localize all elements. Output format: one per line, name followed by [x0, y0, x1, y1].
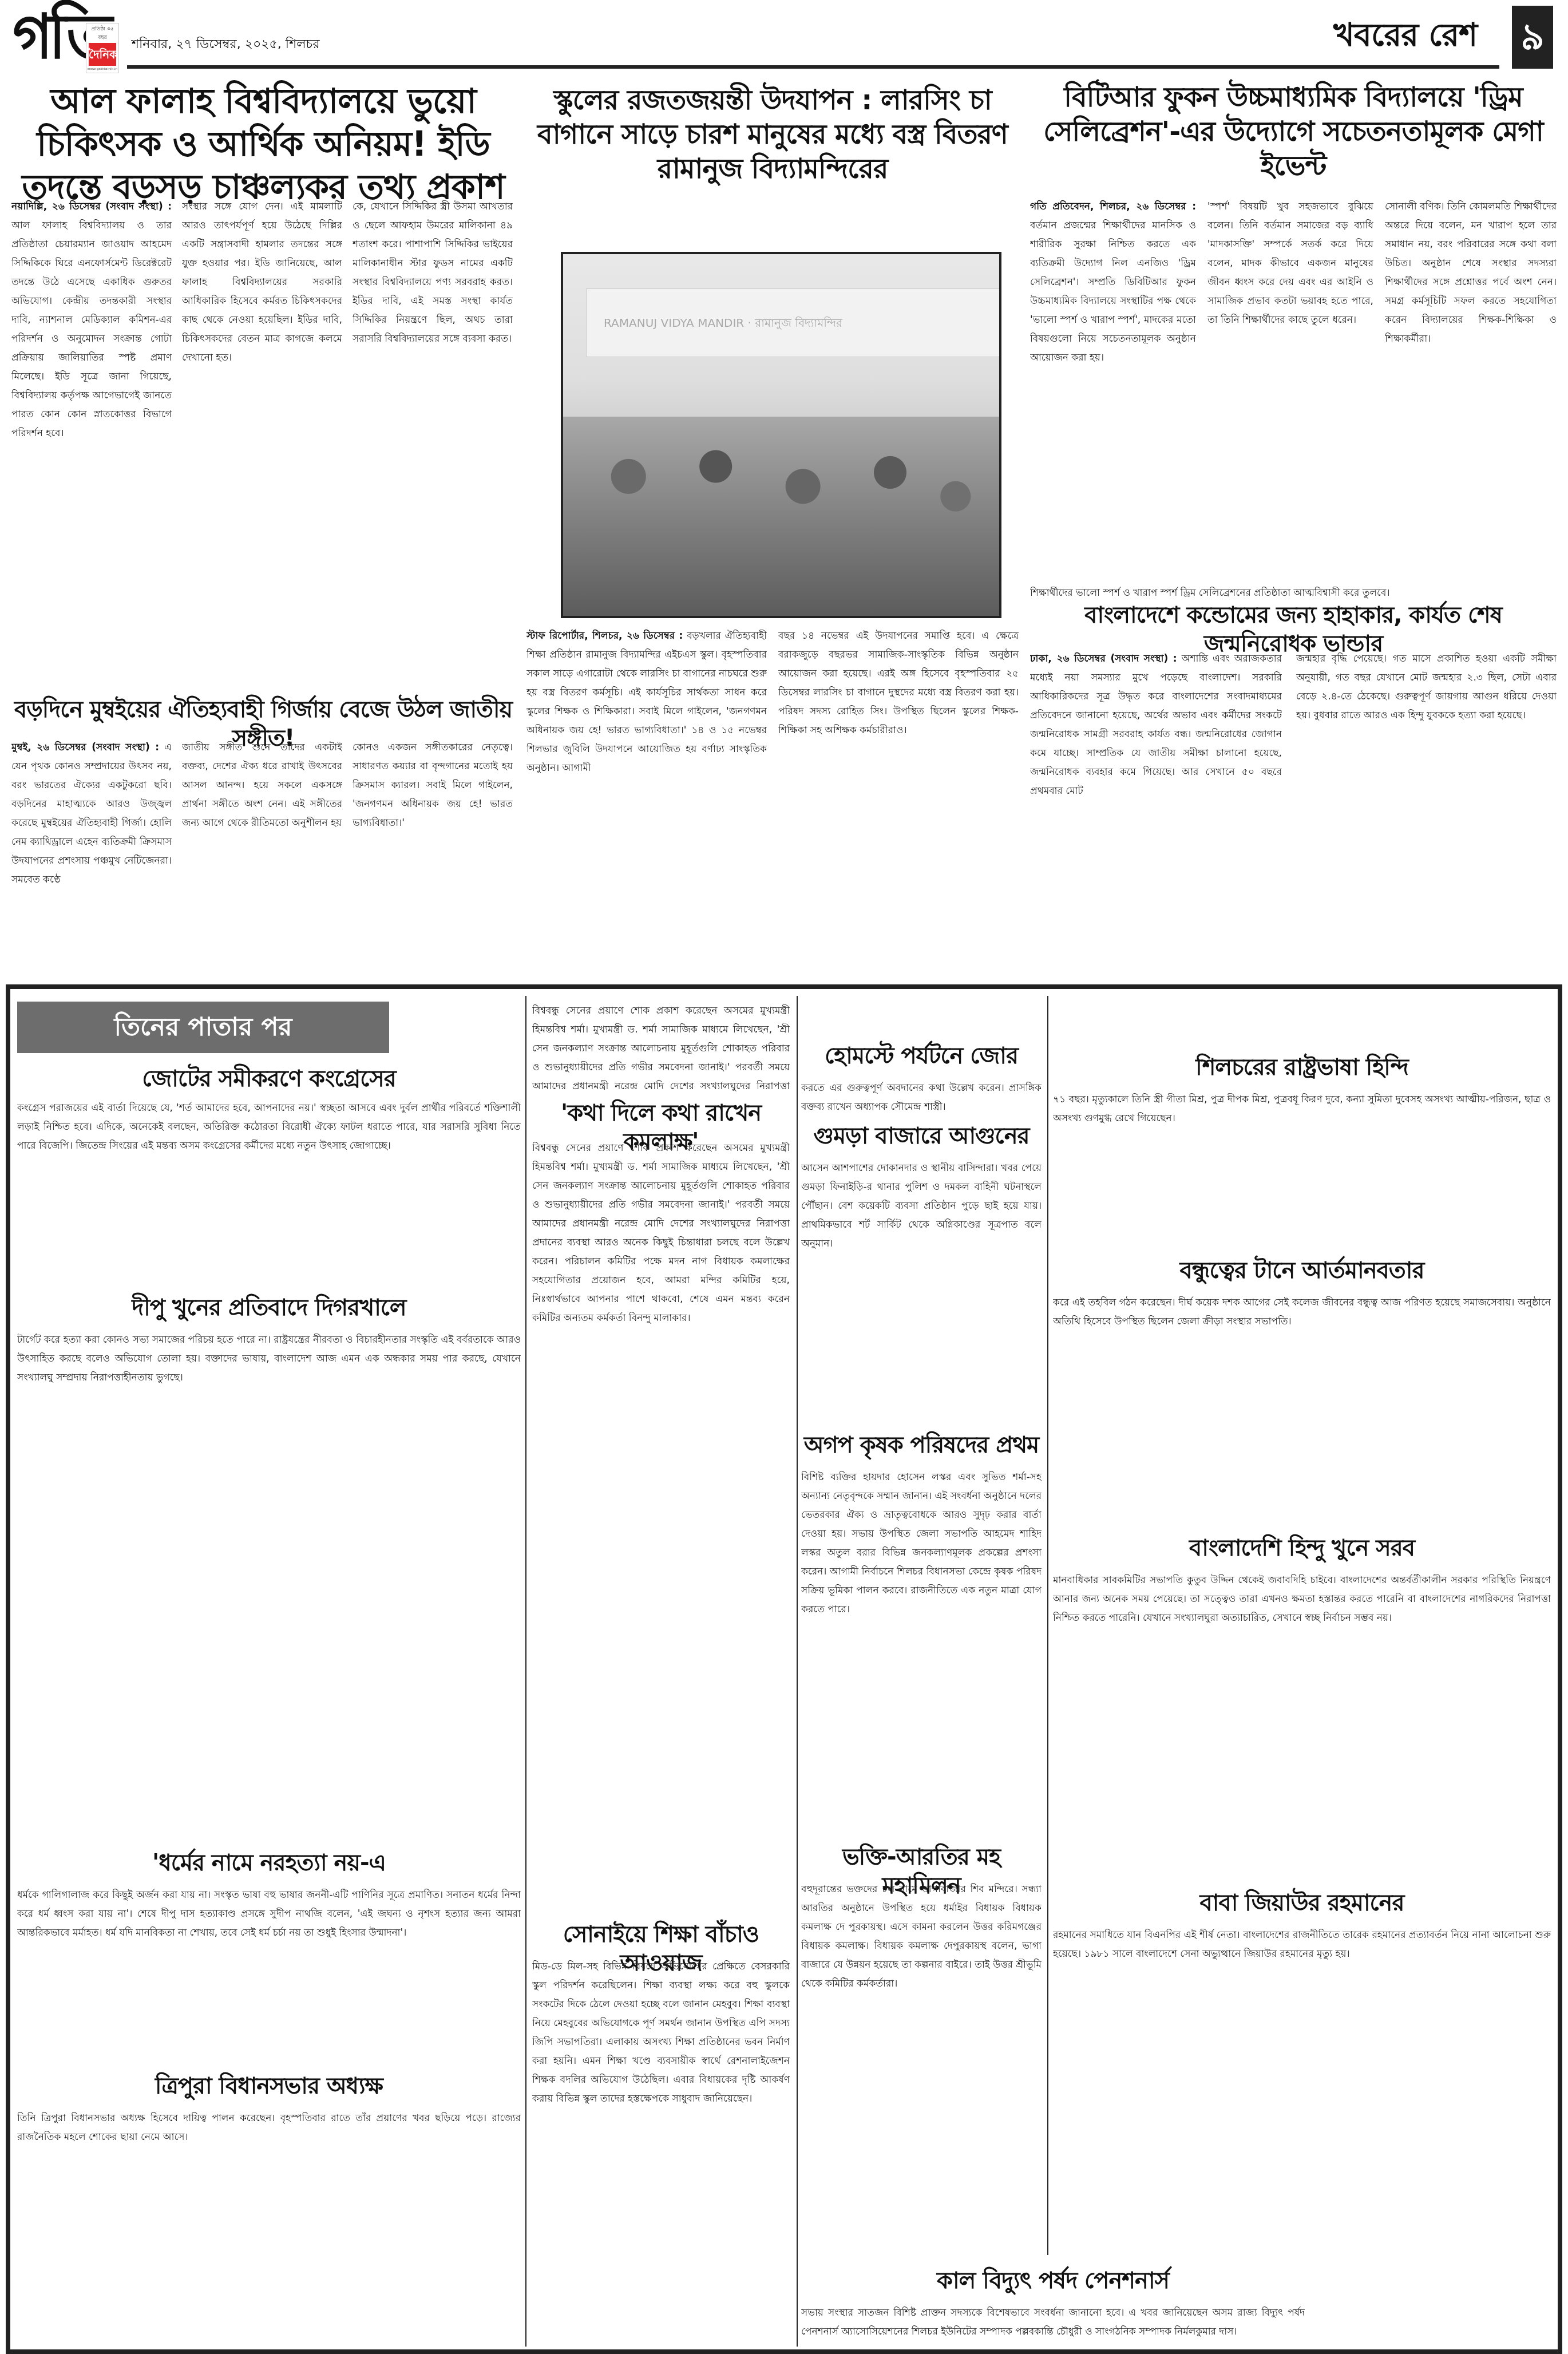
story-body-friendship-fund: করে এই তহবিল গঠন করেছেন। দীর্ঘ কয়েক দশক… [1053, 1293, 1551, 1522]
story-body-zia-rahman: রহমানের সমাধিতে যান বিএনপির এই শীর্ষ নেত… [1053, 1926, 1551, 2258]
masthead-divider [127, 65, 1499, 69]
story-body-condom-col1: ঢাকা, ২৬ ডিসেম্বর (সংবাদ সংস্থা) : অশান্… [1030, 650, 1282, 924]
dateline: শনিবার, ২৭ ডিসেম্বর, ২০২৫, শিলচর [132, 34, 320, 56]
story-headline-friendship-fund: বন্ধুত্বের টানে আর্তমানবতার [1053, 1256, 1551, 1285]
story-body-gumra-fire: আসেন আশপাশের দোকানদার ও স্থানীয় বাসিন্দ… [801, 1159, 1042, 1422]
story-body-congress-alliance: কংগ্রেস পরাজয়ের এই বার্তা দিয়েছে যে, '… [17, 1099, 521, 1288]
story-closing-dream: শিক্ষার্থীদের ভালো স্পর্শ ও খারাপ স্পর্শ… [1030, 584, 1557, 603]
story-headline-al-falah: আল ফালাহ বিশ্ববিদ্যালয়ে ভুয়ো চিকিৎসক ও… [11, 80, 515, 209]
story-body-bishwabandhu-top: বিশ্ববন্ধু সেনের প্রয়াণে শোক প্রকাশ করে… [532, 1002, 790, 1099]
story-body-dream-col3: সোনালী বণিক। তিনি কোমলমতি শিক্ষার্থীদের … [1385, 197, 1557, 587]
dainik-badge: প্রতিষ্ঠা ৩৫ বছর দৈনিক www.gatidainik.in [86, 23, 119, 73]
story-body-dream-col2: 'স্পর্শ' বিষয়টি খুব সহজভাবে বুঝিয়ে বলে… [1207, 197, 1373, 587]
story-body-mumbai-col3: কোনও একজন সঙ্গীতকারের নেতৃত্বে। সাধারণত … [353, 738, 513, 927]
story-headline-dipu-protest: দীপু খুনের প্রতিবাদে দিগরখালে [17, 1293, 521, 1322]
story-body-kamalaksha: বিশ্ববন্ধু সেনের প্রয়াণে শোক প্রকাশ করে… [532, 1139, 790, 1906]
byline: গতি প্রতিবেদন, শিলচর, ২৬ ডিসেম্বর : [1030, 201, 1196, 212]
story-body-silchar-hindi: ৭১ বছর। মৃত্যুকালে তিনি স্ত্রী গীতা মিশ্… [1053, 1090, 1551, 1256]
story-body-electricity-pensioners: সভায় সংস্থার সাতজন বিশিষ্ট প্রাক্তন সদস… [801, 2304, 1305, 2341]
photo-crowd [563, 417, 999, 616]
continued-section-label: তিনের পাতার পর [17, 1002, 389, 1053]
photo-banner: RAMANUJ VIDYA MANDIR · রামানুজ বিদ্যামন্… [586, 288, 1001, 357]
badge-tagline: প্রতিষ্ঠা ৩৫ বছর [86, 23, 118, 42]
story-body-rajat-col2: বছর ১৪ নভেম্বর এই উদযাপনের সমাপ্তি হবে। … [778, 627, 1019, 930]
story-body-bhakti-arati: বহুদূরান্তের ভক্তদের ঢল নামে ভাগাবাজার শ… [801, 1880, 1042, 2258]
story-body-homestay: করতে এর গুরুত্বপূর্ণ অবদানের কথা উল্লেখ … [801, 1079, 1042, 1119]
section-title: খবরের রেশ [1333, 10, 1477, 64]
byline: মুম্বই, ২৬ ডিসেম্বর (সংবাদ সংস্থা) : [11, 742, 159, 753]
story-body-agp-krishak: বিশিষ্ট ব্যক্তির হায়দার হোসেন লস্কর এবং… [801, 1468, 1042, 1834]
story-headline-electricity-pensioners: কাল বিদ্যুৎ পর্ষদ পেনশনার্স [801, 2266, 1305, 2295]
byline: স্টাফ রিপোর্টার, শিলচর, ২৬ ডিসেম্বর : [526, 630, 683, 642]
story-body-condom-col2: জন্মহার বৃদ্ধি পেয়েছে। গত মাসে প্রকাশিত… [1296, 650, 1557, 924]
story-body-al-falah-col1: নয়াদিল্লি, ২৬ ডিসেম্বর (সংবাদ সংস্থা) :… [11, 197, 172, 701]
story-headline-religion-killing: 'ধর্মের নামে নরহত্যা নয়-এ [17, 1849, 521, 1877]
news-photo: RAMANUJ VIDYA MANDIR · রামানুজ বিদ্যামন্… [561, 252, 1001, 618]
newspaper-logo: গতি [13, 6, 81, 74]
story-body-bangladeshi-hindu: মানবাধিকার সাবকমিটির সভাপতি কুতুব উদ্দিন… [1053, 1571, 1551, 1880]
page-number: ৯ [1512, 6, 1553, 69]
byline: ঢাকা, ২৬ ডিসেম্বর (সংবাদ সংস্থা) : [1030, 653, 1177, 664]
story-body-mumbai-col2: জাতীয় সঙ্গীত শুনে তাঁদের একটাই বক্তব্য,… [182, 738, 342, 927]
story-body-religion-killing: ধর্মকে গালিগালাজ করে কিছুই অর্জন করা যায… [17, 1886, 521, 2058]
story-body-al-falah-col2: সংস্থার সঙ্গে যোগ দেন। এই মামলাটি আরও তা… [182, 197, 342, 701]
story-body-sonai-education: মিড-ডে মিল-সহ বিভিন্ন বিষয়ে অভিযোগের প্… [532, 1957, 790, 2341]
column-divider [525, 996, 526, 2347]
badge-website: www.gatidainik.in [86, 67, 118, 72]
story-body-rajat-col1: স্টাফ রিপোর্টার, শিলচর, ২৬ ডিসেম্বর : বড… [526, 627, 767, 930]
story-headline-silchar-hindi: শিলচরের রাষ্ট্রভাষা হিন্দি [1053, 1053, 1551, 1082]
story-body-tripura-speaker: তিনি ত্রিপুরা বিধানসভার অধ্যক্ষ হিসেবে দ… [17, 2109, 521, 2338]
story-body-dipu-protest: টার্গেট করে হত্যা করা কোনও সভ্য সমাজের প… [17, 1331, 521, 1834]
story-headline-tripura-speaker: ত্রিপুরা বিধানসভার অধ্যক্ষ [17, 2072, 521, 2100]
story-headline-gumra-fire: গুমড়া বাজারে আগুনের [801, 1122, 1042, 1150]
story-headline-congress-alliance: জোটের সমীকরণে কংগ্রেসের [17, 1065, 521, 1093]
story-body-al-falah-col3: কে, যেখানে সিদ্দিকির স্ত্রী উসমা আখতার ও… [353, 197, 513, 701]
story-headline-bangladeshi-hindu: বাংলাদেশি হিন্দু খুনে সরব [1053, 1534, 1551, 1562]
story-headline-homestay: হোমস্টে পর্যটনে জোর [801, 1042, 1042, 1070]
story-headline-agp-krishak: অগপ কৃষক পরিষদের প্রথম [801, 1431, 1042, 1459]
story-body-dream-col1: গতি প্রতিবেদন, শিলচর, ২৬ ডিসেম্বর : বর্ত… [1030, 197, 1196, 587]
story-body-mumbai-col1: মুম্বই, ২৬ ডিসেম্বর (সংবাদ সংস্থা) : এ য… [11, 738, 172, 927]
story-headline-zia-rahman: বাবা জিয়াউর রহমানের [1053, 1889, 1551, 1917]
column-divider [797, 996, 798, 2347]
badge-name: দৈনিক [89, 43, 116, 66]
byline: নয়াদিল্লি, ২৬ ডিসেম্বর (সংবাদ সংস্থা) : [11, 201, 172, 212]
story-headline-dream-celebration: বিটিআর ফুকন উচ্চমাধ্যমিক বিদ্যালয়ে 'ড্র… [1030, 80, 1557, 183]
column-divider [1047, 996, 1048, 2255]
story-headline-rajat-jayanti: স্কুলের রজতজয়ন্তী উদযাপন : লারসিং চা বা… [524, 83, 1021, 186]
